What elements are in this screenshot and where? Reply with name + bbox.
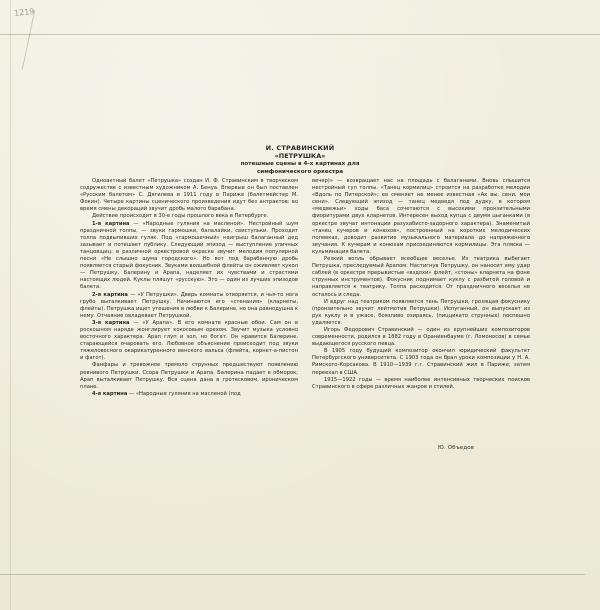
title-block: И. СТРАВИНСКИЙ «ПЕТРУШКА» потешные сцены… xyxy=(180,144,420,176)
paragraph: В 1905 году будущий композитор окончил ю… xyxy=(312,348,530,376)
paragraph-scene-4: 4-я картина — «Народные гуляния на масле… xyxy=(80,391,298,398)
scene-label: 1-я картина xyxy=(92,221,130,227)
scene-text: — «Народные гуляния на масленой (под xyxy=(127,391,240,397)
paragraph: Действие происходит в 30-е годы прошлого… xyxy=(80,213,298,220)
paragraph: И вдруг над театриком появляется тень Пе… xyxy=(312,299,530,327)
work-title: «ПЕТРУШКА» xyxy=(180,152,420,160)
paragraph: Фанфары и тревожное тремоло струнных пре… xyxy=(80,362,298,390)
composer-name: И. СТРАВИНСКИЙ xyxy=(180,144,420,152)
fold-line-top xyxy=(0,34,600,35)
paragraph: Одноактный балет «Петрушка» создан И. Ф.… xyxy=(80,178,298,213)
left-column: Одноактный балет «Петрушка» создан И. Ф.… xyxy=(80,178,298,398)
author-signature: Ю. Объедов xyxy=(438,445,474,451)
scene-text: — «У Арапа». В его комнате красные обои.… xyxy=(80,320,298,361)
paragraph-scene-1: 1-я картина — «Народные гуляния на масле… xyxy=(80,221,298,292)
paragraph-scene-3: 3-я картина — «У Арапа». В его комнате к… xyxy=(80,320,298,363)
fold-line-left xyxy=(10,0,11,610)
paragraph: Игорь Федорович Стравинский — один из кр… xyxy=(312,327,530,348)
fold-line-bottom xyxy=(0,574,585,575)
paragraph: 1915—1922 годы — время наиболее интенсив… xyxy=(312,377,530,391)
paragraph-scene-2: 2-я картина — «У Петрушки». Дверь комнат… xyxy=(80,292,298,320)
right-column: вечер)» — возвращает нас на площадь с ба… xyxy=(312,178,530,391)
paragraph: Резкий вопль обрывает всеобщее веселье. … xyxy=(312,256,530,299)
scene-label: 3-я картина xyxy=(92,320,130,326)
work-subtitle-line2: симфонического оркестра xyxy=(180,168,420,176)
handwritten-catalog-mark: 1219 xyxy=(14,7,35,18)
scene-text: — «Народные гуляния на масленой». Нестро… xyxy=(80,221,298,291)
scene-label: 4-я картина xyxy=(92,391,127,397)
crease-mark xyxy=(22,11,35,70)
record-sleeve-back: 1219 И. СТРАВИНСКИЙ «ПЕТРУШКА» потешные … xyxy=(0,0,600,610)
paragraph: вечер)» — возвращает нас на площадь с ба… xyxy=(312,178,530,256)
work-subtitle-line1: потешные сцены в 4-х картинах для xyxy=(180,160,420,168)
scene-label: 2-я картина xyxy=(92,292,128,298)
